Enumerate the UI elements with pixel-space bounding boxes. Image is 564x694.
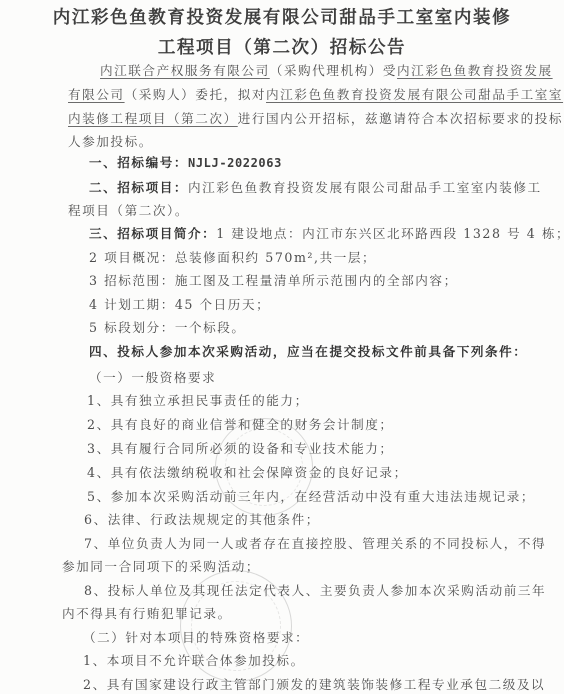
section-3-item-4: 4 计划工期：45 个日历天； (89, 297, 270, 313)
purchaser-name-part2: 有限公司 (68, 87, 125, 102)
special-requirements-heading: （二）针对本项目的特殊资格要求： (83, 630, 309, 646)
section-3-item-3: 3 招标范围：施工图及工程量清单所示范围内的全部内容； (89, 273, 458, 289)
section-2-value: 内江彩色鱼教育投资发展有限公司甜品手工室室内装修工 (188, 180, 542, 195)
tender-number: NJLJ-2022063 (188, 156, 282, 170)
section-3-item-1: 1 建设地点：内江市东兴区北环路西段 1328 号 4 栋； (216, 226, 564, 241)
intro-line-3: 内装修工程项目（第二次）进行国内公开招标，兹邀请符合本次招标要求的投标 (68, 111, 563, 127)
purchaser-name-part1: 内江彩色鱼教育投资发展 (397, 63, 553, 78)
section-3: 三、招标项目简介：1 建设地点：内江市东兴区北环路西段 1328 号 4 栋； (89, 226, 564, 242)
intro-line-4: 人参加投标。 (68, 134, 153, 150)
project-name-part1: 内江彩色鱼教育投资发展有限公司甜品手工室室 (266, 87, 563, 102)
general-item-2: 2、具有良好的商业信誉和健全的财务会计制度； (87, 417, 394, 433)
section-2-cont: 程项目（第二次）。 (68, 203, 189, 219)
project-name-part2: 内装修工程项目（第二次） (68, 111, 238, 126)
section-2-label: 二、招标项目： (89, 180, 188, 195)
general-item-7-cont: 参加同一合同项下的采购活动； (62, 559, 260, 575)
section-3-item-5: 5 标段划分：一个标段。 (89, 320, 246, 336)
section-3-label: 三、招标项目简介： (89, 226, 216, 241)
section-4-heading: 四、投标人参加本次采购活动，应当在提交投标文件前具备下列条件： (89, 344, 527, 360)
general-item-5: 5、参加本次采购活动前三年内，在经营活动中没有重大违法违规记录； (87, 489, 535, 505)
document-page: 内江彩色鱼教育投资发展有限公司甜品手工室室内装修 工程项目（第二次）招标公告 内… (0, 0, 564, 694)
agent-name: 内江联合产权服务有限公司 (100, 63, 270, 78)
agent-role: （采购代理机构）受 (270, 63, 397, 78)
intro-line-1: 内江联合产权服务有限公司（采购代理机构）受内江彩色鱼教育投资发展 (100, 63, 553, 79)
general-requirements-heading: （一）一般资格要求 (89, 370, 216, 386)
section-3-item-2: 2 项目概况：总装修面积约 570m²,共一层； (89, 250, 376, 266)
intro-text: 进行国内公开招标，兹邀请符合本次招标要求的投标 (238, 111, 563, 126)
general-item-1: 1、具有独立承担民事责任的能力； (87, 393, 309, 409)
special-item-2: 2、具有国家建设行政主管部门颁发的建筑装饰装修工程专业承包二级及以 (83, 677, 545, 693)
general-item-7: 7、单位负责人为同一人或者存在直接控股、管理关系的不同投标人，不得 (84, 536, 546, 552)
general-item-3: 3、具有履行合同所必须的设备和专业技术能力； (87, 441, 394, 457)
section-1: 一、招标编号：NJLJ-2022063 (89, 155, 282, 171)
section-2: 二、招标项目：内江彩色鱼教育投资发展有限公司甜品手工室室内装修工 (89, 180, 542, 196)
document-title-line2: 工程项目（第二次）招标公告 (0, 34, 564, 59)
special-item-1: 1、本项目不允许联合体参加投标。 (83, 653, 305, 669)
general-item-4: 4、具有依法缴纳税收和社会保障资金的良好记录； (87, 465, 408, 481)
purchaser-role: （采购人）委托，拟对 (125, 87, 266, 102)
general-item-8: 8、投标人单位及其现任法定代表人、主要负责人参加本次采购活动前三年 (84, 583, 546, 599)
intro-line-2: 有限公司（采购人）委托，拟对内江彩色鱼教育投资发展有限公司甜品手工室室 (68, 87, 563, 103)
section-1-label: 一、招标编号： (89, 155, 188, 170)
document-title-line1: 内江彩色鱼教育投资发展有限公司甜品手工室室内装修 (0, 4, 564, 29)
general-item-8-cont: 内不得具有行贿犯罪记录。 (62, 606, 232, 622)
general-item-6: 6、法律、行政法规规定的其他条件； (84, 512, 320, 528)
